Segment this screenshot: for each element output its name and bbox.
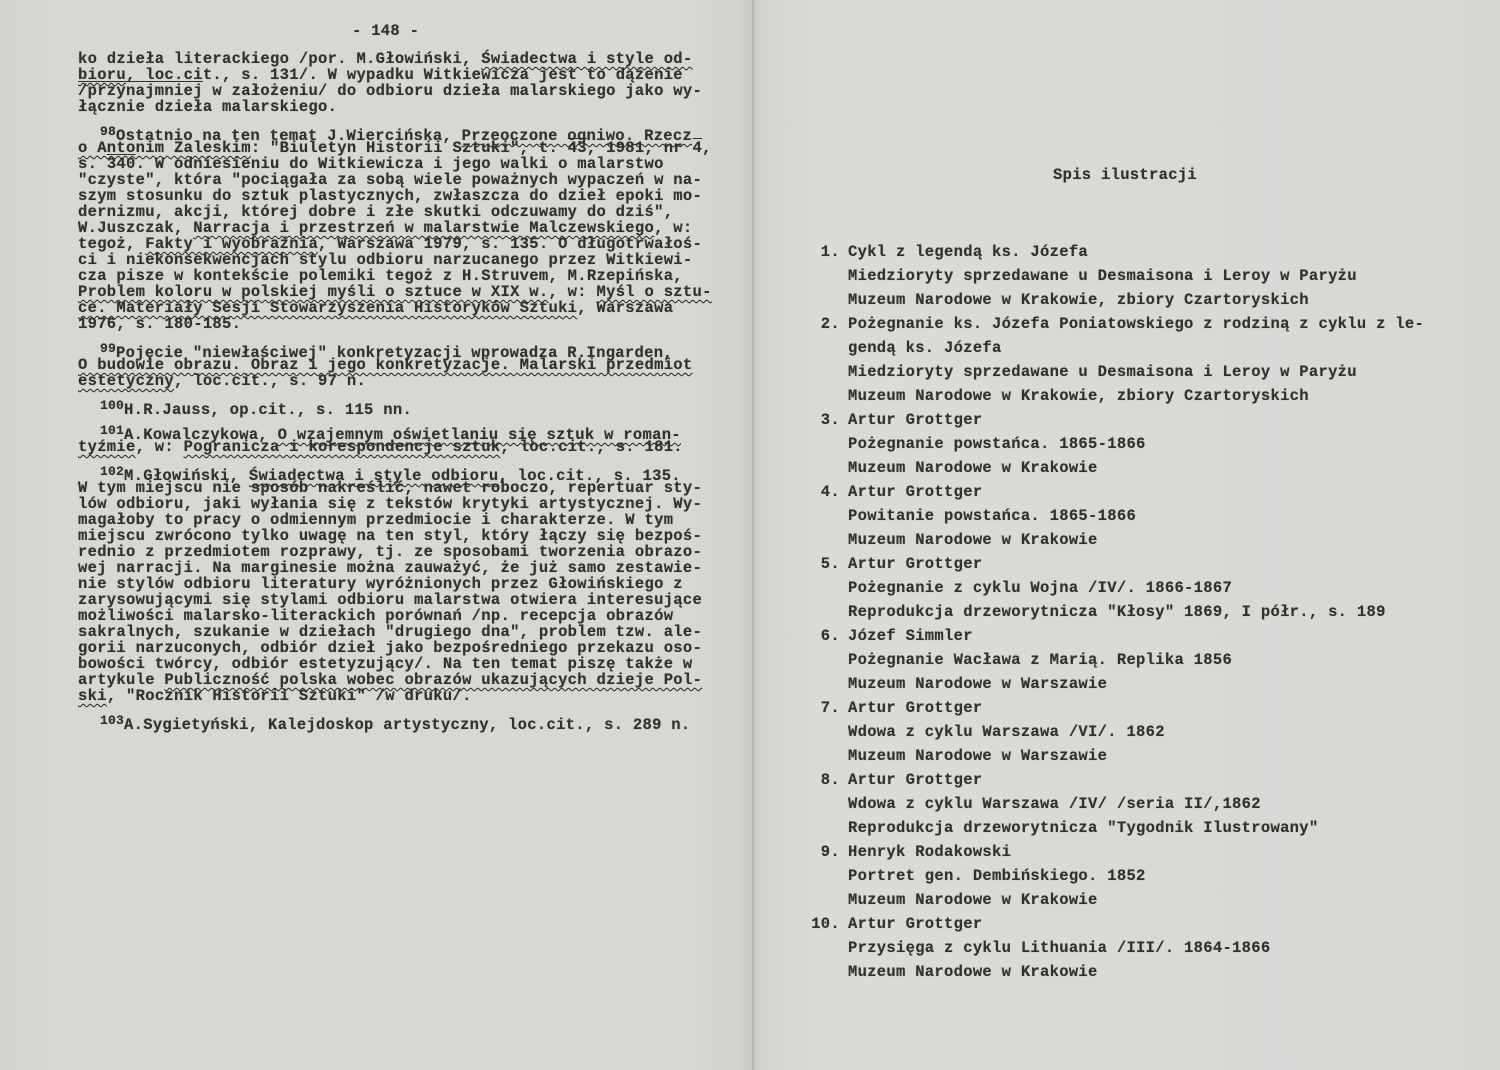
illustration-line: Pożegnanie Wacława z Marią. Replika 1856 <box>806 648 1424 672</box>
illustration-line: Pożegnanie powstańca. 1865-1866 <box>806 432 1424 456</box>
text-run: , loc.cit., s. 97 n. <box>174 372 366 390</box>
illustration-item: 2.Pożegnanie ks. Józefa Poniatowskiego z… <box>806 312 1424 408</box>
illustration-list-title: Spis ilustracji <box>1053 166 1197 184</box>
text-run: tyźmie <box>78 438 136 456</box>
text-run: Pożegnanie z cyklu Wojna /IV/. 1866-1867 <box>848 579 1232 597</box>
text-run: Powitanie powstańca. 1865-1866 <box>848 507 1136 525</box>
illustration-line: 6.Józef Simmler <box>806 624 1424 648</box>
text-run: Przysięga z cyklu Lithuania /III/. 1864-… <box>848 939 1270 957</box>
text-line: sakralnych, szukanie w dziełach "drugieg… <box>78 624 712 640</box>
text-run: , loc.cit., s. 181. <box>500 438 682 456</box>
illustration-item: 1.Cykl z legendą ks. JózefaMiedzioryty s… <box>806 240 1424 312</box>
text-line: możliwości malarsko-literackich porównań… <box>78 608 712 624</box>
text-run: Cykl z legendą ks. Józefa <box>848 243 1088 261</box>
text-line: miejscu zwrócono tylko uwagę na ten styl… <box>78 528 712 544</box>
book-spread-scan: - 148 - ko dzieła literackiego /por. M.G… <box>0 0 1500 1070</box>
illustration-item: 9.Henryk RodakowskiPortret gen. Dembińsk… <box>806 840 1424 912</box>
footnote-number: 98 <box>100 124 116 139</box>
illustration-line: gendą ks. Józefa <box>806 336 1424 360</box>
text-line: 1976, s. 180-185. <box>78 316 712 332</box>
text-line: estetyczny, loc.cit., s. 97 n. <box>78 373 712 389</box>
text-run: Józef Simmler <box>848 627 973 645</box>
illustration-line: Reprodukcja drzeworytnicza "Tygodnik Ilu… <box>806 816 1424 840</box>
text-run: Henryk Rodakowski <box>848 843 1011 861</box>
page-fold <box>752 0 754 1070</box>
text-run: , "Rocznik Historii Sztuki" /w druku/. <box>107 687 472 705</box>
text-line: wej narracji. Na marginesie można zauważ… <box>78 560 712 576</box>
text-run: Wdowa z cyklu Warszawa /IV/ /seria II/,1… <box>848 795 1261 813</box>
illustration-item: 10.Artur GrottgerPrzysięga z cyklu Lithu… <box>806 912 1424 984</box>
illustration-line: Portret gen. Dembińskiego. 1852 <box>806 864 1424 888</box>
illustration-item: 5.Artur GrottgerPożegnanie z cyklu Wojna… <box>806 552 1424 624</box>
text-run: Pogranicza i korespondencje sztuk <box>184 438 501 456</box>
illustration-line: Muzeum Narodowe w Krakowie <box>806 960 1424 984</box>
text-run: 1976, s. 180-185. <box>78 315 241 333</box>
text-run: 4 <box>693 139 703 157</box>
page-number: - 148 - <box>352 22 419 40</box>
illustration-line: Reprodukcja drzeworytnicza "Kłosy" 1869,… <box>806 600 1424 624</box>
footnote-number: 100 <box>100 398 124 413</box>
footnote-paragraph: 101A.Kowalczykowa, O wzajemnym oświetlan… <box>78 423 712 455</box>
illustration-line: 7.Artur Grottger <box>806 696 1424 720</box>
text-run: gendą ks. Józefa <box>848 339 1002 357</box>
text-line: 100H.R.Jauss, op.cit., s. 115 nn. <box>78 398 712 414</box>
text-line: dernizmu, akcji, której dobre i złe skut… <box>78 204 712 220</box>
text-line: W.Juszczak, Narracja i przestrzeń w mala… <box>78 220 712 236</box>
text-line: gorii narzuconych, odbiór dzieł jako bez… <box>78 640 712 656</box>
illustration-line: Muzeum Narodowe w Krakowie <box>806 888 1424 912</box>
text-line: ce. Materiały Sesji Stowarzyszenia Histo… <box>78 300 712 316</box>
text-line: bioru, loc.cit., s. 131/. W wypadku Witk… <box>78 67 712 83</box>
footnote-paragraph: ko dzieła literackiego /por. M.Głowiński… <box>78 51 712 115</box>
footnote-number: 103 <box>100 713 124 728</box>
text-run: Reprodukcja drzeworytnicza "Kłosy" 1869,… <box>848 603 1386 621</box>
text-line: /przynajmniej w założeniu/ do odbioru dz… <box>78 83 712 99</box>
text-run: Artur Grottger <box>848 771 982 789</box>
text-line: szym stosunku do sztuk plastycznych, zwł… <box>78 188 712 204</box>
item-number: 10. <box>806 912 840 936</box>
text-run: Artur Grottger <box>848 555 982 573</box>
illustration-line: 9.Henryk Rodakowski <box>806 840 1424 864</box>
text-line: lów odbioru, jaki wyłania się z tekstów … <box>78 496 712 512</box>
illustration-item: 4.Artur GrottgerPowitanie powstańca. 186… <box>806 480 1424 552</box>
text-run: H.R.Jauss, op.cit., s. 115 nn. <box>124 401 412 419</box>
text-run: A.Sygietyński, Kalejdoskop artystyczny, … <box>124 716 691 734</box>
text-line: nie stylów odbioru literatury wyróżniony… <box>78 576 712 592</box>
footnote-paragraph: 98Ostatnio na ten temat J.Wiercińska, Pr… <box>78 124 712 332</box>
text-line: "czyste", która "pociągała za sobą wiele… <box>78 172 712 188</box>
illustration-line: Muzeum Narodowe w Krakowie <box>806 456 1424 480</box>
text-run: Reprodukcja drzeworytnicza "Tygodnik Ilu… <box>848 819 1318 837</box>
text-run: Muzeum Narodowe w Krakowie <box>848 963 1098 981</box>
text-run: Muzeum Narodowe w Krakowie, zbiory Czart… <box>848 387 1309 405</box>
text-run: Portret gen. Dembińskiego. 1852 <box>848 867 1146 885</box>
text-line: 103A.Sygietyński, Kalejdoskop artystyczn… <box>78 713 712 729</box>
illustration-line: 2.Pożegnanie ks. Józefa Poniatowskiego z… <box>806 312 1424 336</box>
text-line: rednio z przedmiotem rozprawy, tj. ze sp… <box>78 544 712 560</box>
illustration-line: Muzeum Narodowe w Krakowie, zbiory Czart… <box>806 288 1424 312</box>
footnote-paragraph: 102M.Głowiński, Świadectwa i style odbio… <box>78 464 712 704</box>
item-number: 3. <box>806 408 840 432</box>
footnote-number: 101 <box>100 423 124 438</box>
text-run: Pożegnanie ks. Józefa Poniatowskiego z r… <box>848 315 1424 333</box>
left-page-text: ko dzieła literackiego /por. M.Głowiński… <box>78 51 712 729</box>
text-line: ski, "Rocznik Historii Sztuki" /w druku/… <box>78 688 712 704</box>
text-line: ci i niekonsekwencjach stylu odbioru nar… <box>78 252 712 268</box>
text-run: Miedzioryty sprzedawane u Desmaisona i L… <box>848 363 1357 381</box>
text-line: bowości twórcy, odbiór estetyzujący/. Na… <box>78 656 712 672</box>
item-number: 8. <box>806 768 840 792</box>
illustration-line: 10.Artur Grottger <box>806 912 1424 936</box>
item-number: 4. <box>806 480 840 504</box>
illustration-item: 3.Artur GrottgerPożegnanie powstańca. 18… <box>806 408 1424 480</box>
illustration-line: 5.Artur Grottger <box>806 552 1424 576</box>
illustration-line: 4.Artur Grottger <box>806 480 1424 504</box>
illustration-item: 6.Józef SimmlerPożegnanie Wacława z Mari… <box>806 624 1424 696</box>
text-run: Muzeum Narodowe w Krakowie <box>848 531 1098 549</box>
footnote-paragraph: 100H.R.Jauss, op.cit., s. 115 nn. <box>78 398 712 414</box>
text-line: zarysowującymi się stylami odbioru malar… <box>78 592 712 608</box>
text-run: Pożegnanie Wacława z Marią. Replika 1856 <box>848 651 1232 669</box>
illustration-line: 8.Artur Grottger <box>806 768 1424 792</box>
text-run: Muzeum Narodowe w Krakowie <box>848 459 1098 477</box>
text-run: Wdowa z cyklu Warszawa /VI/. 1862 <box>848 723 1165 741</box>
text-line: s. 340. W odniesieniu do Witkiewicza i j… <box>78 156 712 172</box>
text-line: 98Ostatnio na ten temat J.Wiercińska, Pr… <box>78 124 712 140</box>
illustration-line: Przysięga z cyklu Lithuania /III/. 1864-… <box>806 936 1424 960</box>
text-line: tyźmie, w: Pogranicza i korespondencje s… <box>78 439 712 455</box>
illustration-line: Muzeum Narodowe w Warszawie <box>806 672 1424 696</box>
illustration-line: 1.Cykl z legendą ks. Józefa <box>806 240 1424 264</box>
illustration-line: Muzeum Narodowe w Krakowie, zbiory Czart… <box>806 384 1424 408</box>
text-line: 101A.Kowalczykowa, O wzajemnym oświetlan… <box>78 423 712 439</box>
item-number: 5. <box>806 552 840 576</box>
item-number: 2. <box>806 312 840 336</box>
text-run: Artur Grottger <box>848 915 982 933</box>
text-line: artykule Publiczność polska wobec obrazó… <box>78 672 712 688</box>
text-line: W tym miejscu nie sposób nakreślić, nawe… <box>78 480 712 496</box>
text-line: 99Pojęcie "niewłaściwej" konkretyzacji w… <box>78 341 712 357</box>
illustration-line: Muzeum Narodowe w Warszawie <box>806 744 1424 768</box>
text-run: Artur Grottger <box>848 699 982 717</box>
footnote-number: 99 <box>100 341 116 356</box>
item-number: 6. <box>806 624 840 648</box>
illustration-line: 3.Artur Grottger <box>806 408 1424 432</box>
text-run: Muzeum Narodowe w Krakowie <box>848 891 1098 909</box>
illustration-item: 7.Artur GrottgerWdowa z cyklu Warszawa /… <box>806 696 1424 768</box>
text-run: Muzeum Narodowe w Krakowie, zbiory Czart… <box>848 291 1309 309</box>
text-run: ski <box>78 687 107 705</box>
item-number: 7. <box>806 696 840 720</box>
illustration-line: Wdowa z cyklu Warszawa /VI/. 1862 <box>806 720 1424 744</box>
text-run: Muzeum Narodowe w Warszawie <box>848 747 1107 765</box>
text-run: Artur Grottger <box>848 411 982 429</box>
illustration-line: Wdowa z cyklu Warszawa /IV/ /seria II/,1… <box>806 792 1424 816</box>
text-line: cza pisze w kontekście polemiki tegoż z … <box>78 268 712 284</box>
illustration-line: Muzeum Narodowe w Krakowie <box>806 528 1424 552</box>
illustration-line: Pożegnanie z cyklu Wojna /IV/. 1866-1867 <box>806 576 1424 600</box>
text-run: , Warszawa <box>577 299 673 317</box>
text-run: Pożegnanie powstańca. 1865-1866 <box>848 435 1146 453</box>
illustration-item: 8.Artur GrottgerWdowa z cyklu Warszawa /… <box>806 768 1424 840</box>
text-run: łącznie dzieła malarskiego. <box>78 98 337 116</box>
footnote-number: 102 <box>100 464 124 479</box>
item-number: 1. <box>806 240 840 264</box>
illustration-line: Miedzioryty sprzedawane u Desmaisona i L… <box>806 264 1424 288</box>
text-line: tegoż, Fakty i wyobraźnia, Warszawa 1979… <box>78 236 712 252</box>
text-line: o Antonim Zaleskim: "Biuletyn Historii S… <box>78 140 712 156</box>
text-run: Artur Grottger <box>848 483 982 501</box>
text-run: Miedzioryty sprzedawane u Desmaisona i L… <box>848 267 1357 285</box>
illustration-list: 1.Cykl z legendą ks. JózefaMiedzioryty s… <box>806 240 1424 984</box>
illustration-line: Miedzioryty sprzedawane u Desmaisona i L… <box>806 360 1424 384</box>
footnote-paragraph: 99Pojęcie "niewłaściwej" konkretyzacji w… <box>78 341 712 389</box>
text-line: 102M.Głowiński, Świadectwa i style odbio… <box>78 464 712 480</box>
text-run: , <box>702 139 712 157</box>
item-number: 9. <box>806 840 840 864</box>
text-run: Muzeum Narodowe w Warszawie <box>848 675 1107 693</box>
text-line: ko dzieła literackiego /por. M.Głowiński… <box>78 51 712 67</box>
illustration-line: Powitanie powstańca. 1865-1866 <box>806 504 1424 528</box>
text-run: , w: <box>136 438 184 456</box>
text-line: łącznie dzieła malarskiego. <box>78 99 712 115</box>
text-run: estetyczny <box>78 372 174 390</box>
footnote-paragraph: 103A.Sygietyński, Kalejdoskop artystyczn… <box>78 713 712 729</box>
text-line: Problem koloru w polskiej myśli o sztuce… <box>78 284 712 300</box>
text-line: magałoby to pracy o odmiennym przedmioci… <box>78 512 712 528</box>
text-line: O budowie obrazu. Obraz i jego konkretyz… <box>78 357 712 373</box>
